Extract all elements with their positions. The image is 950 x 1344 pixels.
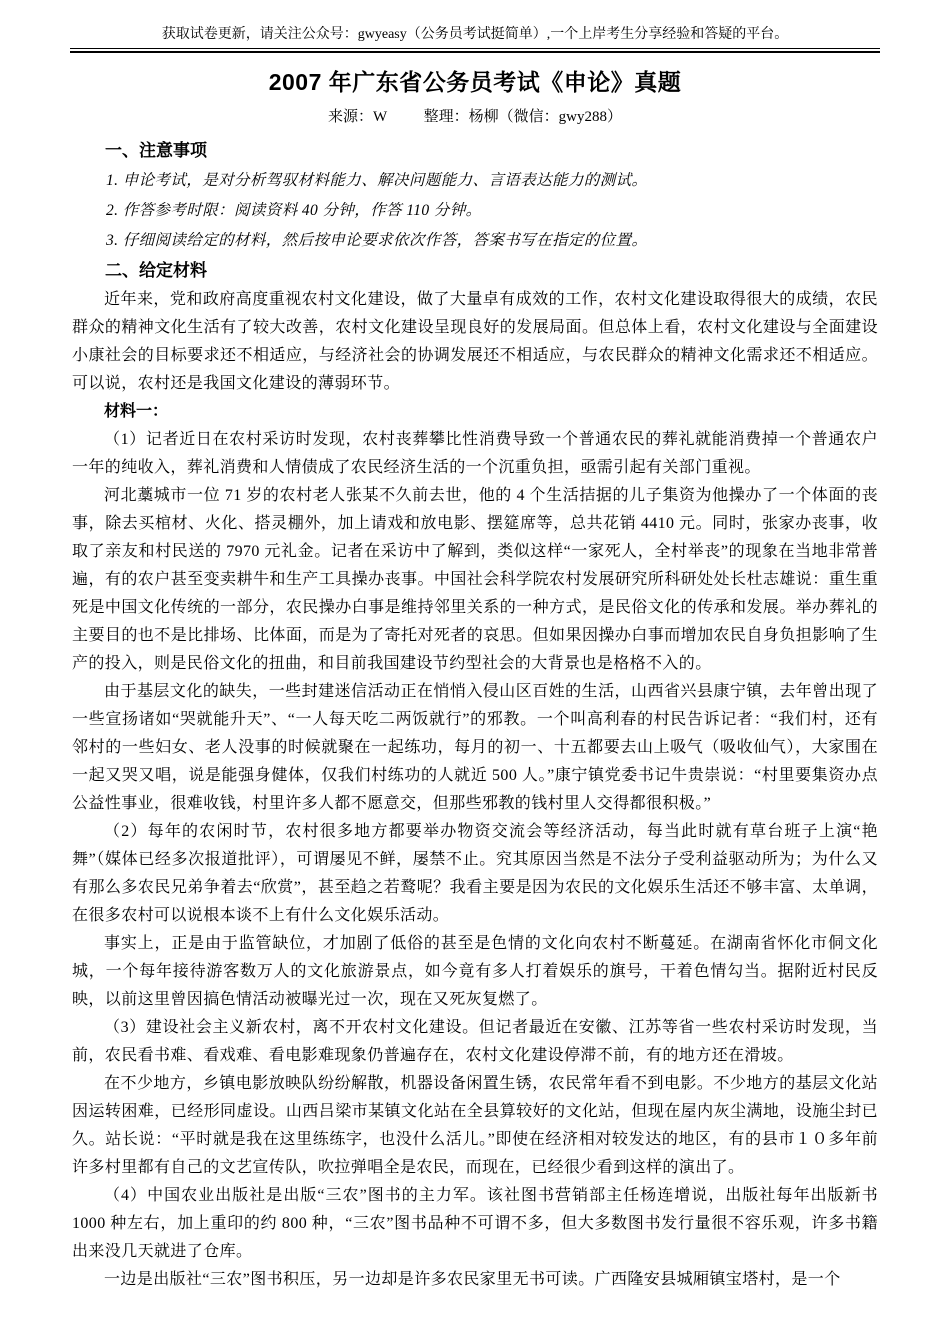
document-body: 一、注意事项 1. 申论考试，是对分析驾驭材料能力、解决问题能力、言语表达能力的… xyxy=(72,136,878,1294)
notice-item-2: 2. 作答参考时限：阅读资料 40 分钟，作答 110 分钟。 xyxy=(72,196,878,226)
material-one-paragraph-9: 一边是出版社“三农”图书积压，另一边却是许多农民家里无书可读。广西隆安县城厢镇宝… xyxy=(72,1266,878,1294)
materials-overview-paragraph: 近年来，党和政府高度重视农村文化建设，做了大量卓有成效的工作，农村文化建设取得很… xyxy=(72,286,878,398)
material-one-paragraph-1: （1）记者近日在农村采访时发现，农村丧葬攀比性消费导致一个普通农民的葬礼就能消费… xyxy=(72,426,878,482)
material-one-heading: 材料一： xyxy=(72,398,878,426)
materials-section-heading: 二、给定材料 xyxy=(72,256,878,286)
material-one-paragraph-3: 由于基层文化的缺失，一些封建迷信活动正在悄悄入侵山区百姓的生活，山西省兴县康宁镇… xyxy=(72,678,878,818)
material-one-paragraph-4: （2）每年的农闲时节，农村很多地方都要举办物资交流会等经济活动，每当此时就有草台… xyxy=(72,818,878,930)
document-title: 2007 年广东省公务员考试《申论》真题 xyxy=(72,67,878,97)
document-page: 获取试卷更新，请关注公众号：gwyeasy（公务员考试挺简单）,一个上岸考生分享… xyxy=(0,0,950,1344)
header-notice-text: 获取试卷更新，请关注公众号：gwyeasy（公务员考试挺简单）,一个上岸考生分享… xyxy=(0,0,950,45)
notice-item-3: 3. 仔细阅读给定的材料，然后按申论要求依次作答，答案书写在指定的位置。 xyxy=(72,226,878,256)
material-one-paragraph-5: 事实上，正是由于监管缺位，才加剧了低俗的甚至是色情的文化向农村不断蔓延。在湖南省… xyxy=(72,930,878,1014)
notice-item-1: 1. 申论考试，是对分析驾驭材料能力、解决问题能力、言语表达能力的测试。 xyxy=(72,166,878,196)
material-one-paragraph-2: 河北藁城市一位 71 岁的农村老人张某不久前去世，他的 4 个生活拮据的儿子集资… xyxy=(72,482,878,678)
byline: 来源：W 整理：杨柳（微信：gwy288） xyxy=(0,106,950,128)
material-one-paragraph-7: 在不少地方，乡镇电影放映队纷纷解散，机器设备闲置生锈，农民常年看不到电影。不少地… xyxy=(72,1070,878,1182)
header-double-rule xyxy=(70,48,880,53)
material-one-paragraph-8: （4）中国农业出版社是出版“三农”图书的主力军。该社图书营销部主任杨连增说，出版… xyxy=(72,1182,878,1266)
byline-source: 来源：W xyxy=(328,109,387,125)
material-one-paragraph-6: （3）建设社会主义新农村，离不开农村文化建设。但记者最近在安徽、江苏等省一些农村… xyxy=(72,1014,878,1070)
notice-list: 1. 申论考试，是对分析驾驭材料能力、解决问题能力、言语表达能力的测试。 2. … xyxy=(72,166,878,256)
byline-editor: 整理：杨柳（微信：gwy288） xyxy=(424,109,622,125)
notice-section-heading: 一、注意事项 xyxy=(72,136,878,166)
page-header: 获取试卷更新，请关注公众号：gwyeasy（公务员考试挺简单）,一个上岸考生分享… xyxy=(0,0,950,53)
